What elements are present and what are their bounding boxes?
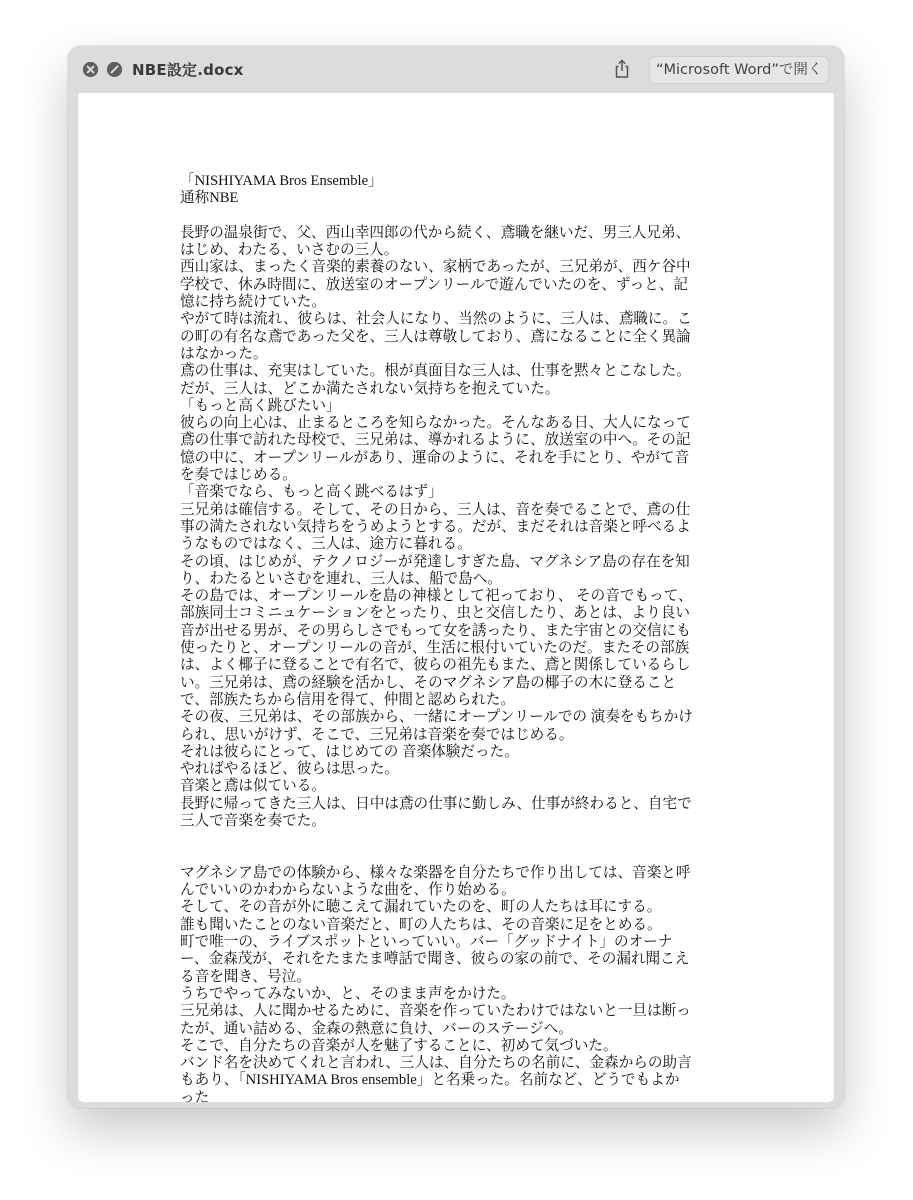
- document-line: られ、思いがけず、そこで、三兄弟は音楽を奏ではじめる。: [180, 727, 700, 744]
- document-line: だが、三人は、どこか満たされない気持ちを抱えていた。: [180, 381, 700, 398]
- blank-line: [180, 208, 700, 225]
- document-line: バンド名を決めてくれと言われ、三人は、自分たちの名前に、金森からの助言: [180, 1055, 700, 1072]
- document-line: やがて時は流れ、彼らは、社会人になり、当然のように、三人は、鳶職に。こ: [180, 311, 700, 328]
- document-line: んでいいのかわからないような曲を、作り始める。: [180, 882, 700, 899]
- close-icon: [83, 62, 98, 77]
- document-line: たが、通い詰める、金森の熱意に負け、バーのステージへ。: [180, 1021, 700, 1038]
- quick-look-window: NBE設定.docx “Microsoft Word”で開く 「NISHIYAM…: [68, 46, 844, 1108]
- document-line: 西山家は、まったく音楽的素養のない、家柄であったが、三兄弟が、西ケ谷中: [180, 259, 700, 276]
- document-line: 長野に帰ってきた三人は、日中は鳶の仕事に勤しみ、仕事が終わると、自宅で: [180, 796, 700, 813]
- document-line: マグネシア島での体験から、様々な楽器を自分たちで作り出しては、音楽と呼: [180, 865, 700, 882]
- document-line: り、わたるといさむを連れ、三人は、船で島へ。: [180, 571, 700, 588]
- document-line: の町の有名な鳶であった父を、三人は尊敬しており、鳶になることに全く異論: [180, 329, 700, 346]
- fullscreen-icon: [107, 62, 122, 77]
- document-line: 使ったりと、オープンリールの音が、生活に根付いていたのだ。またその部族: [180, 640, 700, 657]
- document-line: 鳶の仕事で訪れた母校で、三兄弟は、導かれるように、放送室の中へ。その記: [180, 432, 700, 449]
- document-line: もあり、「NISHIYAMA Bros ensemble」と名乗った。名前など、…: [180, 1072, 700, 1089]
- window-title: NBE設定.docx: [132, 59, 244, 80]
- document-line: 彼らの向上心は、止まるところを知らなかった。そんなある日、大人になって: [180, 415, 700, 432]
- document-line: はじめ、わたる、いさむの三人。: [180, 242, 700, 259]
- titlebar: NBE設定.docx “Microsoft Word”で開く: [68, 46, 844, 93]
- document-line: そして、その音が外に聴こえて漏れていたのを、町の人たちは耳にする。: [180, 899, 700, 916]
- document-line: 「音楽でなら、もっと高く跳べるはず」: [180, 484, 700, 501]
- document-line: ー、金森茂が、それをたまたま噂話で聞き、彼らの家の前で、その漏れ聞こえ: [180, 951, 700, 968]
- document-line: はなかった。: [180, 346, 700, 363]
- document-line: 音が出せる男が、その男らしさでもって女を誘ったり、また宇宙との交信にも: [180, 623, 700, 640]
- document-line: その頃、はじめが、テクノロジーが発達しすぎた島、マグネシア島の存在を知: [180, 554, 700, 571]
- document-line: 長野の温泉街で、父、西山幸四郎の代から続く、鳶職を継いだ、男三人兄弟、: [180, 225, 700, 242]
- document-line: そこで、自分たちの音楽が人を魅了することに、初めて気づいた。: [180, 1038, 700, 1055]
- close-button[interactable]: [83, 62, 98, 77]
- open-with-word-button[interactable]: “Microsoft Word”で開く: [649, 56, 829, 84]
- document-line: それは彼らにとって、はじめての 音楽体験だった。: [180, 744, 700, 761]
- document-line: 三人で音楽を奏でた。: [180, 813, 700, 830]
- document-line: うなものではなく、三人は、途方に暮れる。: [180, 536, 700, 553]
- document-line: い。三兄弟は、鳶の経験を活かし、そのマグネシア島の椰子の木に登ること: [180, 675, 700, 692]
- blank-line: [180, 830, 700, 847]
- share-button[interactable]: [611, 58, 633, 80]
- document-line: 通称NBE: [180, 190, 700, 207]
- document-line: った: [180, 1090, 700, 1102]
- document-line: 「もっと高く跳びたい」: [180, 398, 700, 415]
- document-line: 「NISHIYAMA Bros Ensemble」: [180, 173, 700, 190]
- document-line: 音楽と鳶は似ている。: [180, 778, 700, 795]
- document-line: やればやるほど、彼らは思った。: [180, 761, 700, 778]
- document-line: 事の満たされない気持ちをうめようとする。だが、まだそれは音楽と呼べるよ: [180, 519, 700, 536]
- document-line: その夜、三兄弟は、その部族から、一緒にオープンリールでの 演奏をもちかけ: [180, 709, 700, 726]
- document-body: 「NISHIYAMA Bros Ensemble」通称NBE長野の温泉街で、父、…: [180, 173, 700, 1102]
- document-line: 三兄弟は確信する。そして、その日から、三人は、音を奏でることで、鳶の仕: [180, 502, 700, 519]
- document-line: 町で唯一の、ライブスポットといっていい。バー「グッドナイト」のオーナ: [180, 934, 700, 951]
- document-line: を奏ではじめる。: [180, 467, 700, 484]
- document-line: で、部族たちから信用を得て、仲間と認められた。: [180, 692, 700, 709]
- share-icon: [611, 58, 633, 80]
- document-line: 鳶の仕事は、充実はしていた。根が真面目な三人は、仕事を黙々とこなした。: [180, 363, 700, 380]
- blank-line: [180, 848, 700, 865]
- document-line: る音を聞き、号泣。: [180, 969, 700, 986]
- fullscreen-button[interactable]: [107, 62, 122, 77]
- document-line: 誰も聞いたことのない音楽だと、町の人たちは、その音楽に足をとめる。: [180, 917, 700, 934]
- document-preview[interactable]: 「NISHIYAMA Bros Ensemble」通称NBE長野の温泉街で、父、…: [78, 93, 834, 1102]
- document-line: は、よく椰子に登ることで有名で、彼らの祖先もまた、鳶と関係しているらし: [180, 657, 700, 674]
- document-line: その島では、オープンリールを島の神様として祀っており、 その音でもって、: [180, 588, 700, 605]
- document-line: 憶に持ち続けていた。: [180, 294, 700, 311]
- document-line: 部族同士コミニュケーションをとったり、虫と交信したり、あとは、より良い: [180, 605, 700, 622]
- document-line: 三兄弟は、人に聞かせるために、音楽を作っていたわけではないと一旦は断っ: [180, 1003, 700, 1020]
- document-line: 憶の中に、オープンリールがあり、運命のように、それを手にとり、やがて音: [180, 450, 700, 467]
- document-line: うちでやってみないか、と、そのまま声をかけた。: [180, 986, 700, 1003]
- document-line: 学校で、休み時間に、放送室のオープンリールで遊んでいたのを、ずっと、記: [180, 277, 700, 294]
